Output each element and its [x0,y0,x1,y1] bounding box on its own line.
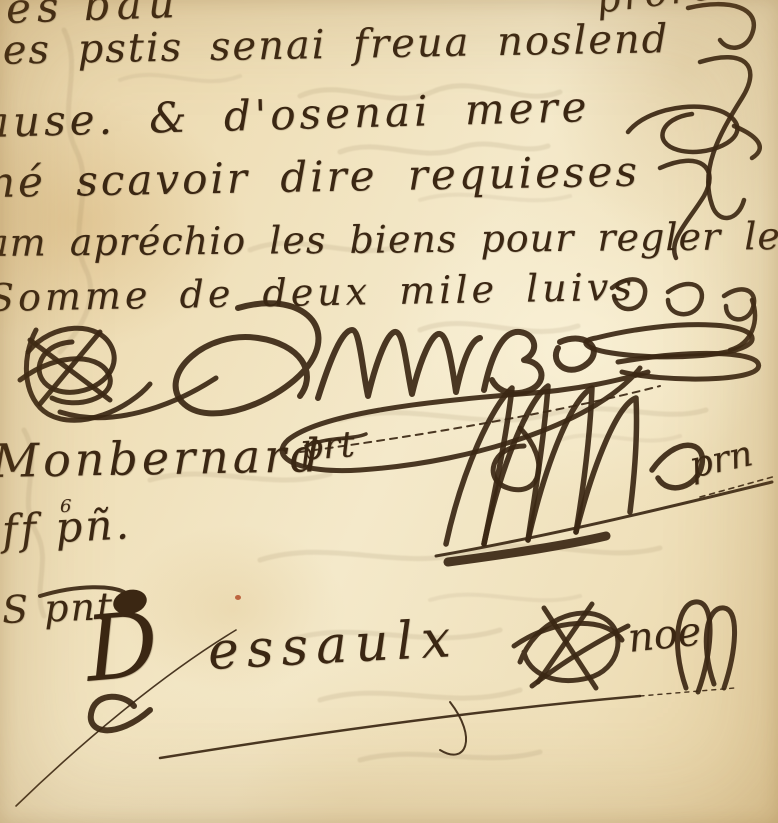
small-signature-marks-icon [40,586,149,618]
manuscript-page: es bau prores les pstis senai freua nosl… [0,0,778,823]
center-paraph-icon [176,303,759,489]
dessaulx-paraph-icon [16,602,735,806]
right-signature-flourish-icon [436,386,776,562]
red-speck [235,595,241,600]
line-6-abbreviation-marks-icon [612,279,755,350]
ink-flourishes [0,0,778,823]
line-end-curls-icon [628,4,760,258]
